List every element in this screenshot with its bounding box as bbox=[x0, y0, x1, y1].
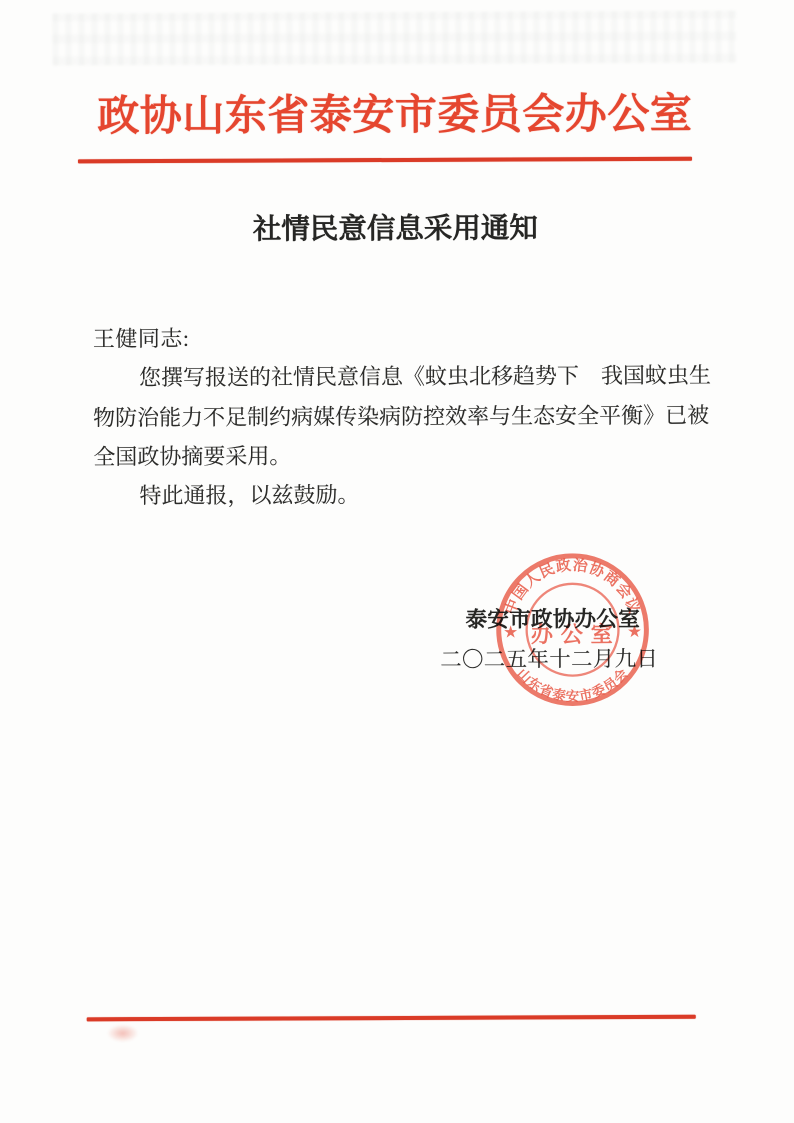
seal-center-text: 办公室 bbox=[531, 621, 621, 647]
body-line-3: 全国政协摘要采用。 bbox=[93, 435, 713, 477]
scan-bleedthrough-artifact bbox=[52, 11, 736, 66]
document-title: 社情民意信息采用通知 bbox=[0, 208, 792, 251]
footer-divider-line bbox=[87, 1015, 696, 1022]
scan-skew-wrapper: 政协山东省泰安市委员会办公室 社情民意信息采用通知 王健同志: 您撰写报送的社情… bbox=[0, 0, 794, 1123]
seal-right-star-icon: ★ bbox=[627, 622, 642, 641]
body-line-1: 您撰写报送的社情民意信息《蚊虫北移趋势下 我国蚊虫生 bbox=[93, 356, 713, 398]
scan-ink-speckle-artifact bbox=[107, 1024, 139, 1042]
salutation: 王健同志: bbox=[93, 317, 713, 359]
document-page: 政协山东省泰安市委员会办公室 社情民意信息采用通知 王健同志: 您撰写报送的社情… bbox=[0, 0, 794, 1123]
seal-ring-text-bottom: 山东省泰安市委员会 bbox=[514, 665, 631, 705]
seal-ring-text-top: 中国人民政治协商会议 bbox=[502, 555, 644, 617]
body-line-2: 物防治能力不足制约病媒传染病防控效率与生态安全平衡》已被 bbox=[93, 395, 713, 437]
seal-left-star-icon: ★ bbox=[503, 623, 518, 642]
letterhead-title: 政协山东省泰安市委员会办公室 bbox=[0, 84, 792, 147]
official-seal: 中国人民政治协商会议 山东省泰安市委员会 办公室 ★ ★ bbox=[496, 553, 650, 707]
document-body: 王健同志: 您撰写报送的社情民意信息《蚊虫北移趋势下 我国蚊虫生 物防治能力不足… bbox=[93, 317, 714, 516]
closing-line: 特此通报，以兹鼓励。 bbox=[93, 474, 713, 516]
letterhead-divider-line bbox=[78, 157, 692, 164]
